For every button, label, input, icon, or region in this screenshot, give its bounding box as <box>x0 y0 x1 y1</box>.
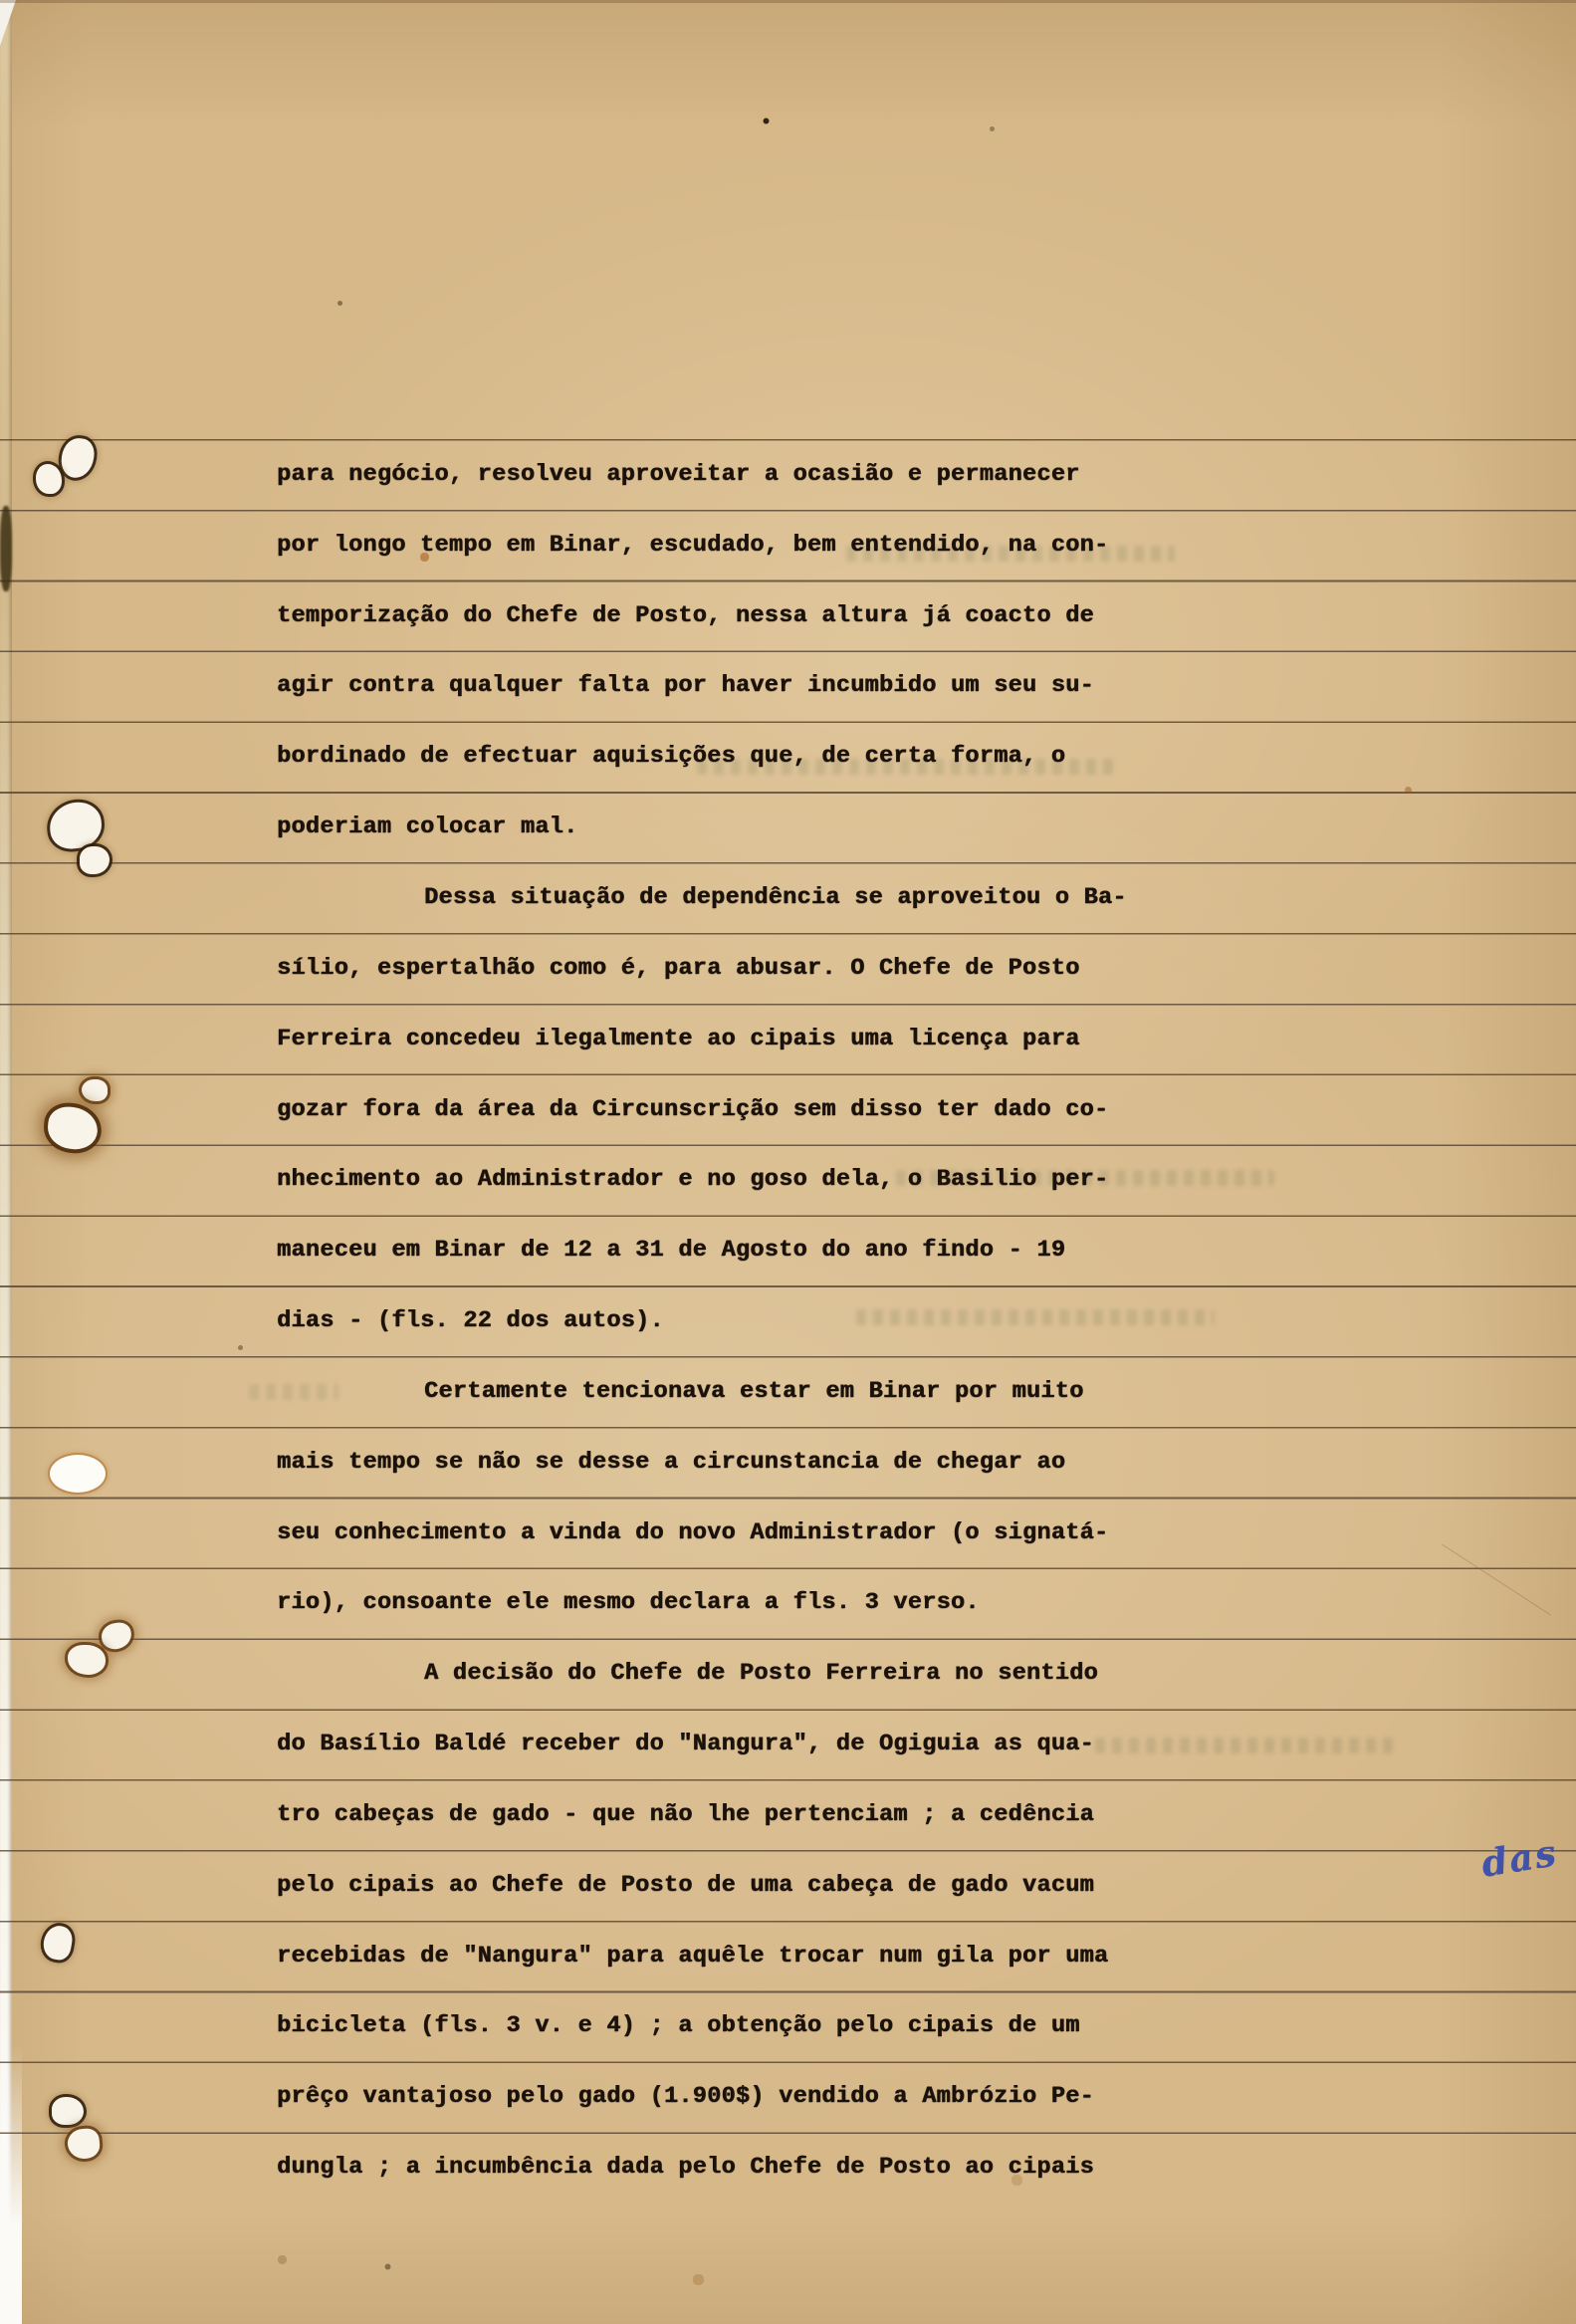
paper-hole <box>82 1079 108 1101</box>
typed-line: bordinado de efectuar aquisições que, de… <box>277 721 1452 792</box>
paper-corner-bottom-left <box>0 2045 22 2324</box>
paper-hole <box>36 464 62 494</box>
typed-line: prêço vantajoso pelo gado (1.900$) vendi… <box>277 2061 1452 2132</box>
typed-line: agir contra qualquer falta por haver inc… <box>277 651 1452 722</box>
punch-hole <box>50 1455 106 1493</box>
paper-hole <box>52 2097 84 2125</box>
handwritten-margin-note: das <box>1478 1830 1561 1885</box>
paper-top-edge-shadow <box>0 0 1576 3</box>
typed-line: recebidas de "Nangura" para aquêle troca… <box>277 1921 1452 1991</box>
paper-hole <box>80 846 110 874</box>
paper-crease <box>1442 1544 1551 1616</box>
typed-line: para negócio, resolveu aproveitar a ocas… <box>277 439 1452 510</box>
typed-line: pelo cipais ao Chefe de Posto de uma cab… <box>277 1850 1452 1921</box>
typed-line: A decisão do Chefe de Posto Ferreira no … <box>277 1638 1452 1709</box>
paper-hole <box>67 2128 101 2161</box>
paper-hole <box>68 1645 106 1675</box>
typed-line: gozar fora da área da Circunscrição sem … <box>277 1074 1452 1145</box>
torn-left-paper-edge <box>0 0 12 2324</box>
typed-line: maneceu em Binar de 12 a 31 de Agosto do… <box>277 1215 1452 1285</box>
typed-line: rio), consoante ele mesmo declara a fls.… <box>277 1568 1452 1639</box>
paper-hole <box>59 436 96 480</box>
typed-line: nhecimento ao Administrador e no goso de… <box>277 1144 1452 1215</box>
typed-line: por longo tempo em Binar, escudado, bem … <box>277 510 1452 581</box>
typed-line: do Basílio Baldé receber do "Nangura", d… <box>277 1709 1452 1779</box>
paper-hole <box>48 800 105 850</box>
paper-specks <box>0 0 3 3</box>
paper-hole <box>100 1621 132 1651</box>
typed-line: Dessa situação de dependência se aprovei… <box>277 862 1452 933</box>
paper-hole <box>41 1924 74 1962</box>
typed-line: poderiam colocar mal. <box>277 792 1452 862</box>
typed-text: para negócio, resolveu aproveitar a ocas… <box>277 439 1452 2203</box>
typed-line: Certamente tencionava estar em Binar por… <box>277 1356 1452 1427</box>
typed-line: bicicleta (fls. 3 v. e 4) ; a obtenção p… <box>277 1991 1452 2062</box>
typed-line: seu conhecimento a vinda do novo Adminis… <box>277 1498 1452 1568</box>
typed-line: dias - (fls. 22 dos autos). <box>277 1285 1452 1356</box>
paper-hole <box>46 1105 99 1151</box>
typed-line: temporização do Chefe de Posto, nessa al… <box>277 581 1452 651</box>
typed-line: dungla ; a incumbência dada pelo Chefe d… <box>277 2132 1452 2203</box>
typed-line: Ferreira concedeu ilegalmente ao cipais … <box>277 1004 1452 1074</box>
typed-line: tro cabeças de gado - que não lhe perten… <box>277 1779 1452 1850</box>
typed-line: mais tempo se não se desse a circunstanc… <box>277 1427 1452 1498</box>
typed-line: sílio, espertalhão como é, para abusar. … <box>277 933 1452 1004</box>
edge-ink-smudge <box>0 506 12 591</box>
scanned-document: { "typed_text": { "lines": [ {"indent": … <box>0 0 1576 2324</box>
